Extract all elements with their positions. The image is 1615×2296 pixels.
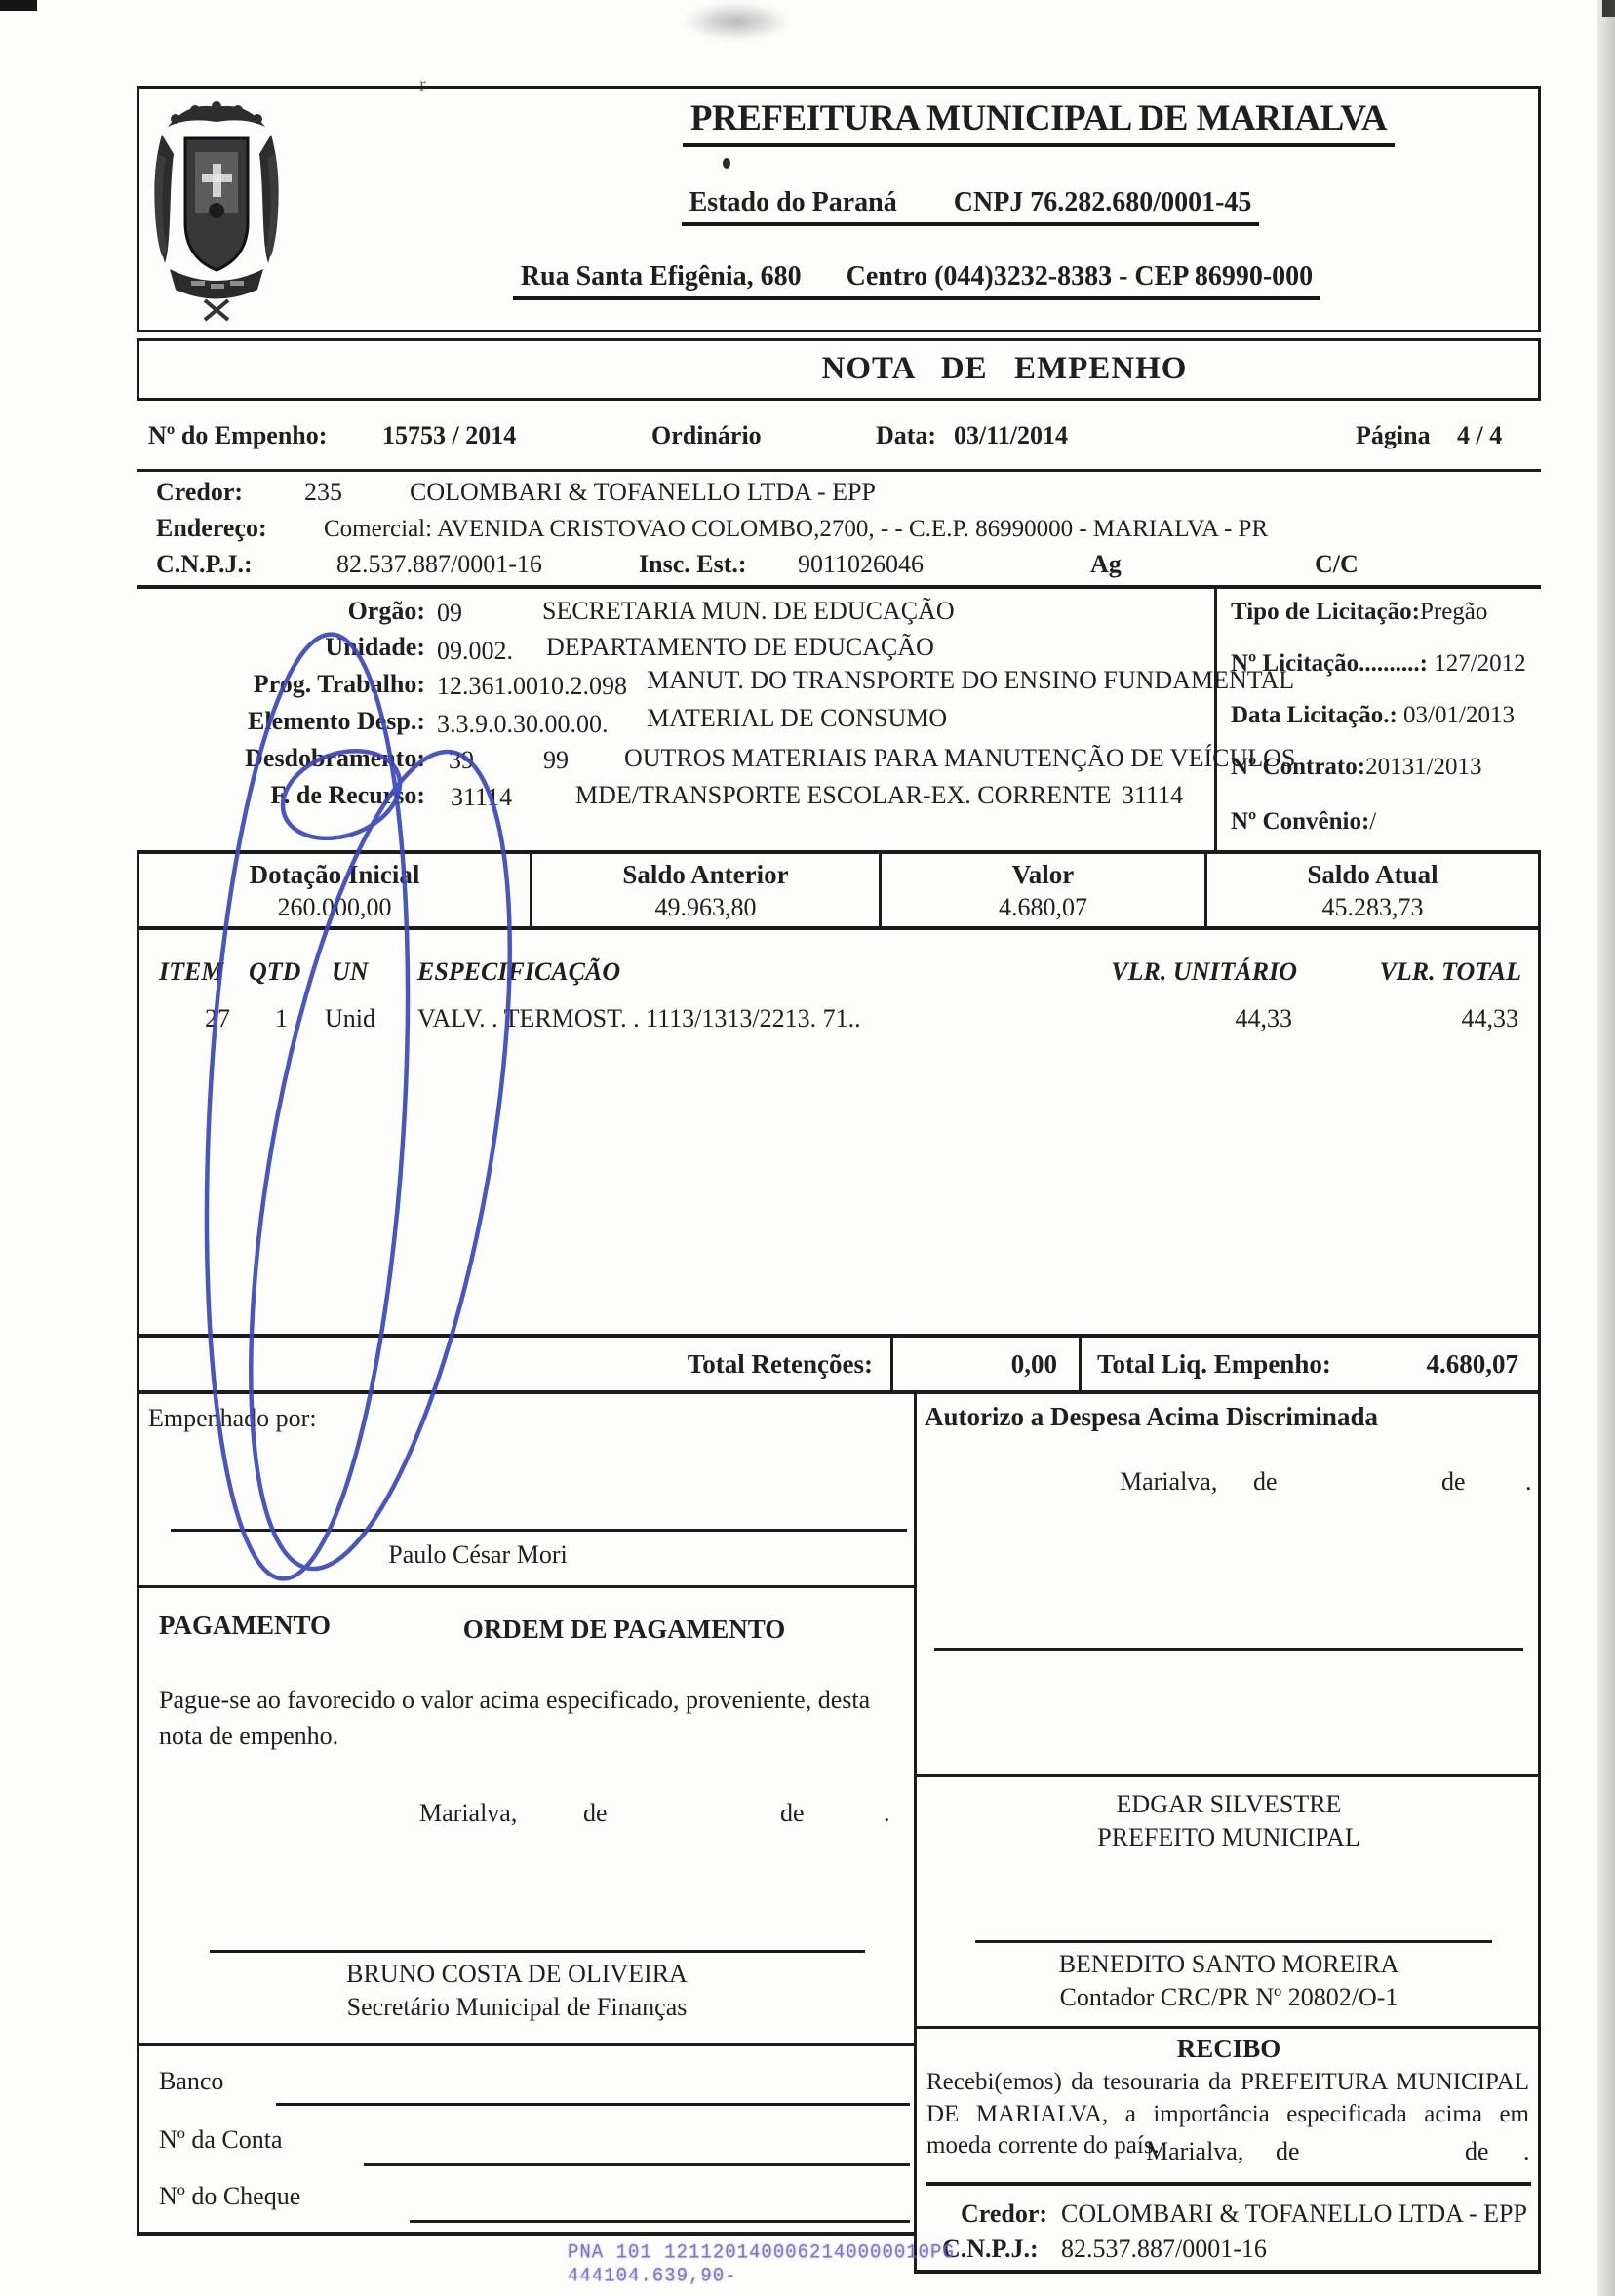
date-period: . [1525, 1467, 1532, 1497]
date-de: de [1253, 1467, 1278, 1497]
totals-table: Dotação Inicial 260.000,00 Saldo Anterio… [137, 850, 1541, 930]
empenho-page-value: 4 / 4 [1457, 421, 1502, 450]
empenho-date-label: Data: [876, 421, 936, 450]
budget-desc: MATERIAL DE CONSUMO [647, 704, 947, 733]
liq-empenho-cell: Total Liq. Empenho: 4.680,07 [1082, 1338, 1538, 1390]
creditor-address-label: Endereço: [156, 514, 267, 543]
budget-label: Desdobramento: [137, 744, 425, 773]
licitacao-box: Tipo de Licitação:Pregão Nº Licitação...… [1214, 589, 1541, 850]
mayor-box-top-border [914, 1774, 1541, 1777]
bottom-right-border [1538, 1394, 1541, 2274]
creditor-insc: 9011026046 [798, 550, 924, 579]
totals-header: Valor [882, 860, 1204, 890]
cheque-fill-line [410, 2220, 910, 2223]
bottom-left-border [137, 1394, 139, 2235]
totals-value: 45.283,73 [1207, 893, 1538, 922]
convenio-label: Nº Convênio: [1231, 808, 1369, 835]
authorize-signature-line [934, 1648, 1523, 1651]
recibo-title: RECIBO [965, 2034, 1492, 2064]
contract-number-value: 20131/2013 [1365, 754, 1481, 780]
totals-header: Saldo Atual [1207, 860, 1538, 890]
city-name: Marialva, [419, 1799, 517, 1828]
convenio-value: / [1369, 808, 1376, 835]
bank-fill-line [276, 2103, 910, 2106]
municipal-coat-of-arms [148, 96, 285, 322]
retention-label: Total Retenções: [688, 1349, 873, 1380]
item-total-value: 44,33 [1287, 1004, 1518, 1033]
item-spec: VALV. . TERMOST. . 1113/1313/2213. 71.. [417, 1004, 861, 1033]
budget-code: 31114 [451, 783, 512, 812]
liq-empenho-label: Total Liq. Empenho: [1097, 1349, 1331, 1380]
recibo-credor-value: COLOMBARI & TOFANELLO LTDA - EPP [1061, 2199, 1527, 2229]
budget-code2: 99 [543, 746, 569, 775]
bank-box-top-border [137, 2043, 917, 2046]
budget-desc: SECRETARIA MUN. DE EDUCAÇÃO [542, 597, 955, 626]
item-unit-value: 44,33 [1053, 1004, 1292, 1033]
accountant-signature-line [975, 1940, 1492, 1943]
pagamento-text: Pague-se ao favorecido o valor acima esp… [159, 1683, 900, 1755]
scanned-nota-de-empenho: r PREFEITURA MUNICIPAL DE MARIALVA Estad… [0, 0, 1615, 2296]
totals-value: 49.963,80 [532, 893, 879, 922]
empenhado-signature-line [171, 1529, 907, 1532]
date-de: de [780, 1799, 805, 1828]
item-un: Unid [325, 1004, 375, 1033]
item-number: 27 [205, 1004, 230, 1033]
items-right-border [1538, 930, 1541, 1334]
budget-desc: MANUT. DO TRANSPORTE DO ENSINO FUNDAMENT… [647, 666, 1294, 695]
retention-value: 0,00 [1011, 1349, 1057, 1380]
dot-matrix-stamp: PNA 101 1211201400062140000010PG 444104.… [568, 2240, 1026, 2287]
recibo-credor-divider [926, 2182, 1531, 2186]
creditor-name: COLOMBARI & TOFANELLO LTDA - EPP [410, 478, 876, 507]
creditor-address: Comercial: AVENIDA CRISTOVAO COLOMBO,270… [324, 516, 1268, 543]
creditor-cnpj-label: C.N.P.J.: [156, 550, 253, 579]
budget-code: 12.361.0010.2.098 [437, 672, 627, 701]
licitacao-type-value: Pregão [1420, 599, 1487, 625]
totals-value: 4.680,07 [882, 893, 1204, 922]
scan-edge-band [1597, 0, 1615, 2296]
budget-label: F. de Recurso: [137, 781, 425, 810]
account-label: Nº da Conta [159, 2125, 282, 2155]
city-name: Marialva, [1146, 2137, 1243, 2166]
items-header-total: VLR. TOTAL [1297, 957, 1521, 987]
pagamento-divider [137, 1585, 914, 1588]
header-cnpj: CNPJ 76.282.680/0001-45 [954, 187, 1252, 217]
scan-artifact-top-left [0, 0, 37, 11]
recibo-box-top-border [914, 2026, 1541, 2029]
creditor-code: 235 [304, 478, 342, 507]
creditor-label: Credor: [156, 478, 243, 507]
accountant-role: Contador CRC/PR Nº 20802/O-1 [965, 1983, 1492, 2012]
items-left-border [137, 930, 139, 1334]
bottom-column-divider [914, 1394, 917, 2274]
budget-label: Unidade: [137, 633, 425, 662]
scan-smudge [683, 2, 790, 41]
totals-value: 260.000,00 [139, 893, 530, 922]
header-address2: Centro (044)3232-8383 - CEP 86990-000 [847, 261, 1314, 292]
empenho-page-label: Página [1356, 421, 1431, 450]
licitacao-number-label: Nº Licitação..........: [1231, 650, 1428, 677]
empenho-number: 15753 / 2014 [382, 421, 516, 450]
left-box-bottom-border [137, 2232, 917, 2236]
authorize-title: Autorizo a Despesa Acima Discriminada [925, 1402, 1378, 1432]
mayor-name: EDGAR SILVESTRE [975, 1790, 1482, 1819]
budget-label: Prog. Trabalho: [137, 670, 425, 699]
budget-desc: DEPARTAMENTO DE EDUCAÇÃO [546, 633, 934, 662]
finance-secretary-name: BRUNO COSTA DE OLIVEIRA [244, 1960, 790, 1989]
budget-code: 09.002. [437, 637, 513, 666]
licitacao-date-value: 03/01/2013 [1398, 702, 1515, 728]
budget-label: Orgão: [137, 597, 425, 626]
ordem-pagamento-title: ORDEM DE PAGAMENTO [390, 1615, 858, 1645]
budget-code: 3.3.9.0.30.00.00. [437, 710, 609, 739]
date-de: de [1465, 2137, 1489, 2166]
account-fill-line [364, 2163, 910, 2166]
items-header-qtd: QTD [249, 957, 300, 987]
budget-extra: 31114 [1122, 781, 1183, 810]
items-header-un: UN [332, 957, 369, 987]
retention-value-cell: 0,00 [890, 1338, 1082, 1390]
budget-label: Elemento Desp.: [137, 707, 425, 736]
date-de: de [1276, 2137, 1300, 2166]
page-title: PREFEITURA MUNICIPAL DE MARIALVA [683, 97, 1395, 147]
licitacao-date-label: Data Licitação.: [1231, 702, 1398, 728]
empenho-modality: Ordinário [651, 421, 762, 450]
licitacao-type-label: Tipo de Licitação: [1231, 599, 1420, 625]
empenhado-signer-name: Paulo César Mori [322, 1540, 634, 1570]
empenho-date: 03/11/2014 [954, 421, 1068, 450]
budget-desc: MDE/TRANSPORTE ESCOLAR-EX. CORRENTE [575, 781, 1112, 810]
header-state: Estado do Paraná [689, 187, 897, 217]
budget-desc: OUTROS MATERIAIS PARA MANUTENÇÃO DE VEÍC… [624, 744, 1295, 773]
liq-empenho-value: 4.680,07 [1427, 1349, 1519, 1380]
city-name: Marialva, [1120, 1467, 1217, 1497]
date-period: . [884, 1799, 890, 1828]
doc-type-box: NOTA DE EMPENHO [137, 338, 1541, 401]
mayor-role: PREFEITO MUNICIPAL [975, 1823, 1482, 1852]
budget-code: 09 [437, 599, 462, 628]
item-qtd: 1 [275, 1004, 288, 1033]
empenho-number-label: Nº do Empenho: [148, 421, 327, 450]
totals-header: Saldo Anterior [532, 860, 879, 890]
recibo-cnpj-value: 82.537.887/0001-16 [1061, 2235, 1267, 2264]
finance-signature-line [210, 1950, 865, 1953]
licitacao-number-value: 127/2012 [1428, 650, 1526, 677]
creditor-cnpj: 82.537.887/0001-16 [336, 550, 542, 579]
date-de: de [1441, 1467, 1466, 1497]
creditor-insc-label: Insc. Est.: [639, 550, 747, 579]
date-de: de [583, 1799, 608, 1828]
creditor-ag-label: Ag [1090, 550, 1122, 579]
rule-under-empenho [137, 469, 1541, 472]
cheque-label: Nº do Cheque [159, 2182, 300, 2211]
bank-label: Banco [159, 2067, 223, 2096]
date-period: . [1523, 2137, 1530, 2166]
totals-header: Dotação Inicial [139, 860, 530, 890]
doc-type-title: NOTA DE EMPENHO [139, 341, 1538, 396]
recibo-credor-label: Credor: [961, 2199, 1047, 2229]
finance-secretary-role: Secretário Municipal de Finanças [244, 1993, 790, 2022]
accountant-name: BENEDITO SANTO MOREIRA [965, 1950, 1492, 1979]
budget-code: 39 [449, 746, 474, 775]
contract-number-label: Nº Contrato: [1231, 754, 1365, 780]
pen-scribble [146, 583, 614, 1636]
creditor-cc-label: C/C [1315, 550, 1359, 579]
retention-row: Total Retenções: 0,00 Total Liq. Empenho… [137, 1334, 1541, 1394]
items-header-item: ITEM [159, 957, 223, 987]
items-header-spec: ESPECIFICAÇÃO [417, 957, 620, 987]
pagamento-title: PAGAMENTO [159, 1611, 331, 1641]
items-header-unit: VLR. UNITÁRIO [1053, 957, 1297, 987]
header-address: Rua Santa Efigênia, 680 [521, 261, 802, 292]
empenhado-por-label: Empenhado por: [148, 1404, 317, 1433]
retention-label-cell: Total Retenções: [139, 1338, 890, 1390]
